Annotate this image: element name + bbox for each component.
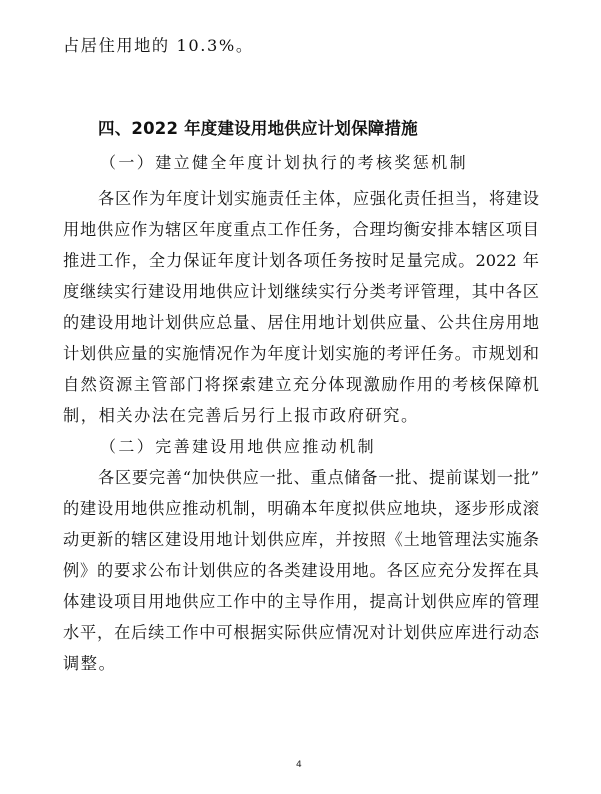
paragraph-line: 自然资源主管部门将探索建立充分体现激励作用的考核保障机 bbox=[63, 375, 539, 395]
paragraph-line: 水平，在后续工作中可根据实际供应情况对计划供应库进行动态 bbox=[63, 623, 539, 643]
paragraph-line: 的建设用地供应推动机制，明确本年度拟供应地块，逐步形成滚 bbox=[63, 499, 539, 519]
paragraph-line: 制，相关办法在完善后另行上报市政府研究。 bbox=[63, 406, 539, 426]
paragraph-line: 例》的要求公布计划供应的各类建设用地。各区应充分发挥在具 bbox=[63, 561, 539, 581]
paragraph-line: 各区要完善“加快供应一批、重点储备一批、提前谋划一批” bbox=[98, 468, 539, 488]
intro-line: 占居住用地的 10.3%。 bbox=[63, 36, 539, 56]
page-number: 4 bbox=[296, 760, 302, 770]
paragraph-line: 度继续实行建设用地供应计划继续实行分类考评管理，其中各区 bbox=[63, 282, 539, 302]
paragraph-line: 计划供应量的实施情况作为年度计划实施的考评任务。市规划和 bbox=[63, 344, 539, 364]
section-heading: 四、2022 年度建设用地供应计划保障措施 bbox=[98, 119, 418, 139]
paragraph-line: 体建设项目用地供应工作中的主导作用，提高计划供应库的管理 bbox=[63, 592, 539, 612]
paragraph-line: 用地供应作为辖区年度重点工作任务，合理均衡安排本辖区项目 bbox=[63, 220, 539, 240]
subsection-title-1: （一）建立健全年度计划执行的考核奖惩机制 bbox=[100, 153, 468, 173]
paragraph-line: 各区作为年度计划实施责任主体，应强化责任担当，将建设 bbox=[98, 189, 539, 209]
paragraph-line: 推进工作，全力保证年度计划各项任务按时足量完成。2022 年 bbox=[63, 251, 539, 271]
subsection-title-2: （二）完善建设用地供应推动机制 bbox=[100, 437, 376, 457]
paragraph-line: 动更新的辖区建设用地计划供应库，并按照《土地管理法实施条 bbox=[63, 530, 539, 550]
paragraph-line: 的建设用地计划供应总量、居住用地计划供应量、公共住房用地 bbox=[63, 313, 539, 333]
paragraph-line: 调整。 bbox=[63, 654, 539, 674]
